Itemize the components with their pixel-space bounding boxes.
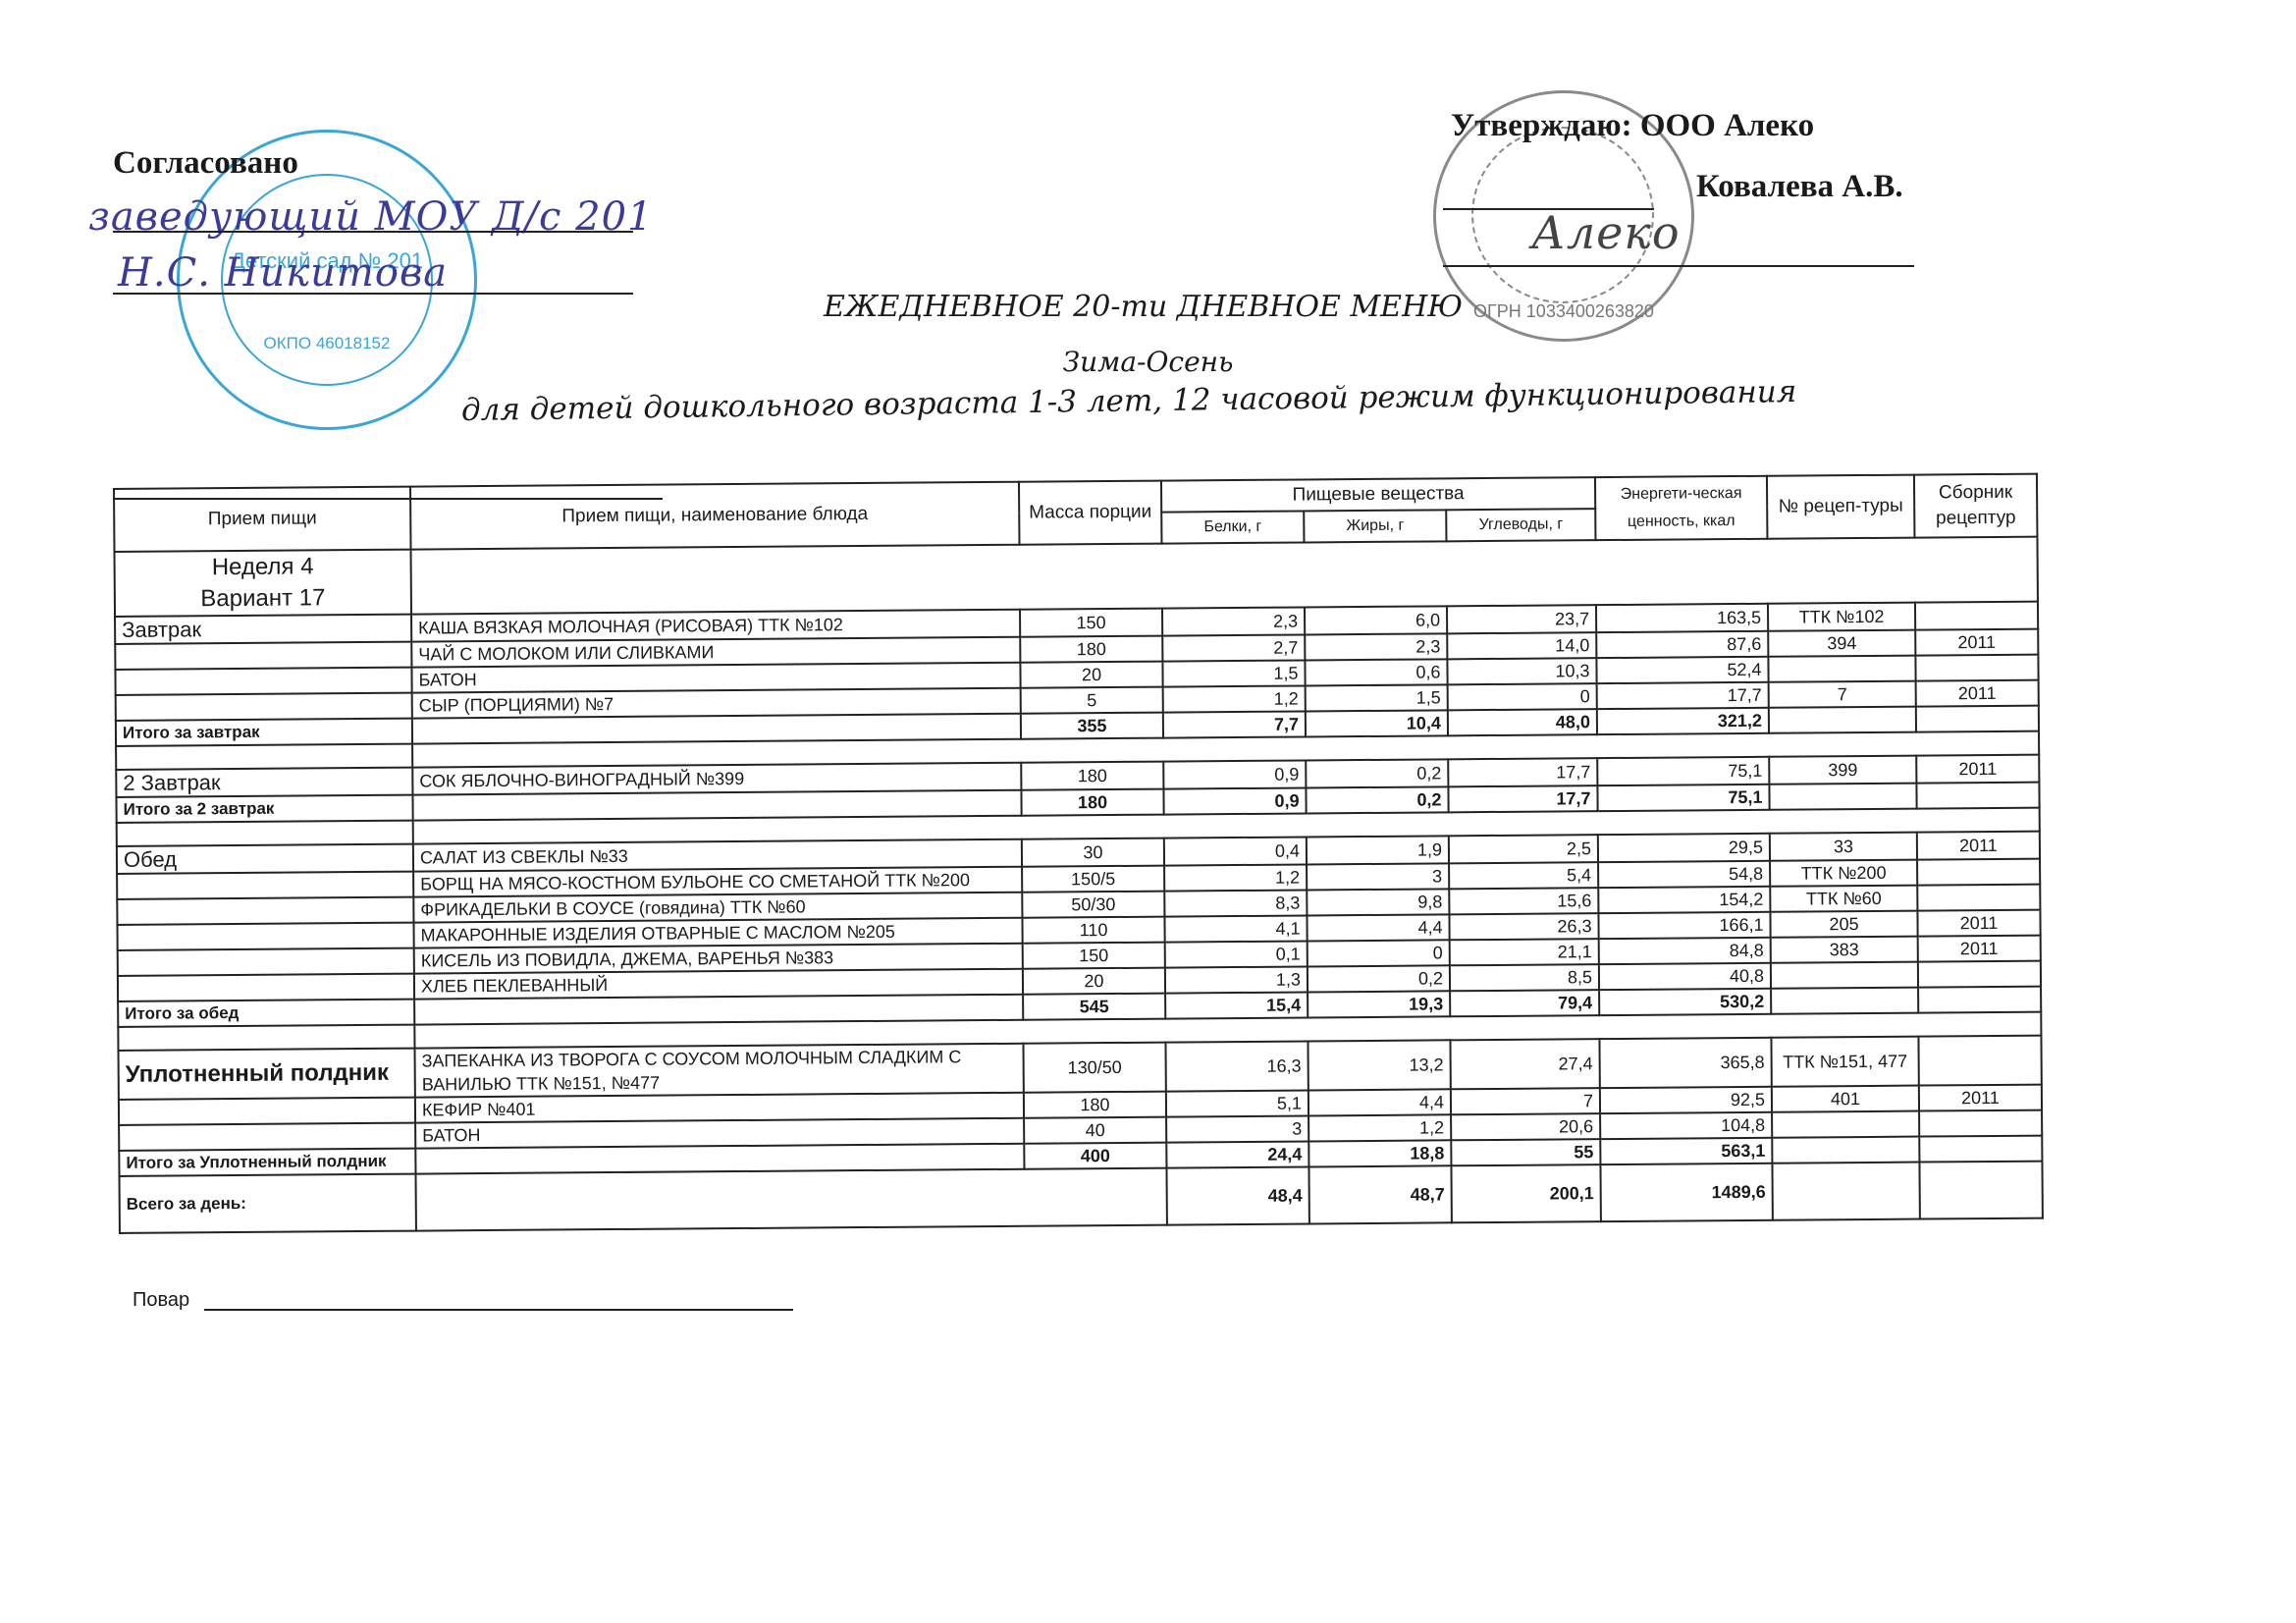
empty-cell bbox=[1919, 1136, 2042, 1163]
carbs-value: 20,6 bbox=[1451, 1113, 1600, 1140]
recipe-collection bbox=[1915, 655, 2038, 681]
week-variant-cell: Неделя 4 Вариант 17 bbox=[115, 550, 412, 617]
protein-value: 0,1 bbox=[1165, 941, 1308, 967]
fat-value: 9,8 bbox=[1307, 889, 1449, 915]
mass-value: 180 bbox=[1020, 636, 1162, 663]
section-total-label: Итого за завтрак bbox=[116, 719, 412, 746]
recipe-number: 33 bbox=[1770, 833, 1917, 861]
carbs-value: 27,4 bbox=[1450, 1039, 1599, 1089]
total-protein-value: 24,4 bbox=[1166, 1141, 1308, 1167]
recipe-number: 401 bbox=[1772, 1086, 1919, 1112]
recipe-collection bbox=[1917, 885, 2040, 911]
mass-value: 40 bbox=[1024, 1117, 1166, 1144]
fat-value: 1,9 bbox=[1307, 836, 1449, 864]
meal-cell bbox=[117, 872, 413, 899]
recipe-collection: 2011 bbox=[1917, 832, 2040, 860]
variant-label: Вариант 17 bbox=[122, 582, 404, 616]
mass-value: 50/30 bbox=[1022, 892, 1164, 918]
approval-label-right: Утверждаю: ООО Алеко bbox=[1451, 108, 1814, 144]
recipe-collection: 2011 bbox=[1916, 680, 2039, 707]
mass-value: 180 bbox=[1021, 762, 1163, 790]
cook-label: Повар bbox=[133, 1289, 189, 1312]
empty-cell bbox=[1769, 784, 1916, 810]
mass-value: 30 bbox=[1022, 839, 1164, 867]
energy-value: 166,1 bbox=[1598, 912, 1770, 939]
protein-value: 0,9 bbox=[1163, 760, 1306, 788]
document-title: ЕЖЕДНЕВНОЕ 20-ти ДНЕВНОЕ МЕНЮ bbox=[0, 290, 2296, 324]
header-collection: Сборник рецептур bbox=[1914, 474, 2037, 538]
meal-cell: Уплотненный полдник bbox=[119, 1049, 415, 1100]
protein-value: 1,5 bbox=[1162, 660, 1305, 686]
header-energy: Энергети-ческая ценность, ккал bbox=[1595, 476, 1767, 540]
total-fat-value: 18,8 bbox=[1308, 1140, 1451, 1166]
empty-cell bbox=[1916, 783, 2039, 809]
fat-value: 4,4 bbox=[1308, 1089, 1451, 1115]
handwritten-position: заведующий МОУ Д/с 201 bbox=[88, 194, 654, 240]
fat-value: 2,3 bbox=[1305, 633, 1447, 660]
header-carbs: Углеводы, г bbox=[1446, 509, 1595, 541]
approval-label-left: Согласовано bbox=[113, 145, 298, 182]
meal-cell: 2 Завтрак bbox=[116, 768, 412, 797]
carbs-value: 15,6 bbox=[1449, 888, 1598, 914]
header-mass: Масса порции bbox=[1019, 481, 1161, 545]
menu-table-body: Неделя 4 Вариант 17 ЗавтракКАША ВЯЗКАЯ М… bbox=[115, 537, 2043, 1233]
energy-value: 54,8 bbox=[1598, 861, 1770, 888]
carbs-value: 7 bbox=[1451, 1088, 1600, 1114]
header-fat: Жиры, г bbox=[1304, 510, 1446, 542]
carbs-value: 8,5 bbox=[1450, 964, 1599, 991]
approver-name: Ковалева А.В. bbox=[1696, 169, 1903, 205]
energy-value: 29,5 bbox=[1598, 834, 1770, 862]
mass-value: 150 bbox=[1020, 609, 1162, 637]
carbs-value: 26,3 bbox=[1449, 913, 1598, 940]
document-title-text: ЕЖЕДНЕВНОЕ 20-ти ДНЕВНОЕ МЕНЮ bbox=[824, 290, 1463, 324]
total-energy-value: 563,1 bbox=[1600, 1138, 1772, 1164]
empty-cell bbox=[1769, 707, 1916, 733]
total-fat-value: 19,3 bbox=[1308, 991, 1450, 1017]
recipe-number: 205 bbox=[1770, 911, 1917, 938]
recipe-collection bbox=[1918, 961, 2041, 988]
document-season: Зима-Осень bbox=[0, 346, 2296, 378]
meal-cell bbox=[115, 642, 411, 670]
fat-value: 0,2 bbox=[1306, 759, 1448, 787]
carbs-value: 21,1 bbox=[1450, 939, 1599, 965]
empty-cell bbox=[1918, 987, 2041, 1013]
total-protein-value: 0,9 bbox=[1163, 787, 1306, 814]
header-nutrients: Пищевые вещества bbox=[1161, 477, 1595, 512]
signature-line bbox=[1443, 265, 1914, 267]
empty-cell bbox=[1772, 1137, 1919, 1163]
energy-value: 40,8 bbox=[1599, 963, 1771, 990]
day-total-energy: 1489,6 bbox=[1600, 1163, 1772, 1221]
meal-cell bbox=[118, 948, 414, 976]
meal-cell: Обед bbox=[117, 844, 413, 874]
recipe-number bbox=[1771, 962, 1918, 989]
total-mass-value: 400 bbox=[1024, 1143, 1166, 1169]
recipe-number: 383 bbox=[1771, 937, 1918, 963]
day-total-protein: 48,4 bbox=[1166, 1166, 1308, 1224]
total-energy-value: 75,1 bbox=[1597, 784, 1769, 811]
recipe-number: ТТК №102 bbox=[1768, 603, 1915, 631]
mass-value: 150 bbox=[1023, 943, 1165, 969]
day-total-carbs: 200,1 bbox=[1451, 1164, 1600, 1222]
protein-value: 0,4 bbox=[1164, 837, 1307, 865]
total-fat-value: 0,2 bbox=[1306, 786, 1448, 813]
energy-value: 75,1 bbox=[1597, 757, 1769, 785]
empty-cell bbox=[1771, 988, 1918, 1014]
day-total-fat: 48,7 bbox=[1308, 1165, 1451, 1223]
empty-cell bbox=[1919, 1162, 2042, 1219]
recipe-collection bbox=[1915, 602, 2038, 630]
mass-value: 5 bbox=[1021, 687, 1163, 714]
mass-value: 180 bbox=[1024, 1092, 1166, 1118]
total-carbs-value: 79,4 bbox=[1450, 990, 1599, 1016]
empty-cell bbox=[1916, 706, 2039, 732]
recipe-number: 7 bbox=[1769, 681, 1916, 708]
protein-value: 3 bbox=[1166, 1115, 1308, 1142]
fat-value: 0,6 bbox=[1305, 659, 1447, 685]
day-total-label: Всего за день: bbox=[120, 1174, 416, 1233]
total-energy-value: 321,2 bbox=[1597, 708, 1769, 734]
total-mass-value: 355 bbox=[1021, 713, 1163, 739]
recipe-number: 394 bbox=[1768, 630, 1915, 657]
carbs-value: 14,0 bbox=[1447, 632, 1596, 659]
handwritten-signature-right: Алеко bbox=[1531, 206, 1681, 259]
protein-value: 2,7 bbox=[1162, 634, 1305, 661]
energy-value: 92,5 bbox=[1600, 1087, 1772, 1113]
section-total-label: Итого за 2 завтрак bbox=[116, 795, 412, 823]
mass-value: 130/50 bbox=[1023, 1043, 1165, 1093]
recipe-number: ТТК №200 bbox=[1770, 860, 1917, 887]
recipe-number: ТТК №60 bbox=[1770, 886, 1917, 912]
meal-cell bbox=[117, 923, 413, 950]
carbs-value: 2,5 bbox=[1449, 835, 1598, 863]
mass-value: 150/5 bbox=[1022, 866, 1164, 893]
meal-cell bbox=[119, 1123, 415, 1151]
recipe-number: 399 bbox=[1769, 756, 1916, 784]
empty-cell bbox=[1772, 1163, 1919, 1220]
energy-value: 163,5 bbox=[1596, 604, 1768, 632]
mass-value: 20 bbox=[1020, 662, 1162, 688]
recipe-collection: 2011 bbox=[1917, 910, 2040, 937]
total-protein-value: 7,7 bbox=[1163, 711, 1306, 737]
energy-value: 17,7 bbox=[1597, 682, 1769, 709]
recipe-number: ТТК №151, 477 bbox=[1771, 1037, 1918, 1087]
protein-value: 2,3 bbox=[1162, 607, 1305, 635]
header-meal: Прием пищи bbox=[114, 487, 410, 552]
total-protein-value: 15,4 bbox=[1165, 992, 1308, 1018]
fat-value: 0 bbox=[1308, 940, 1450, 966]
fat-value: 13,2 bbox=[1308, 1040, 1450, 1090]
protein-value: 4,1 bbox=[1164, 915, 1307, 942]
energy-value: 52,4 bbox=[1596, 657, 1768, 683]
empty-cell bbox=[118, 1025, 414, 1051]
header-protein: Белки, г bbox=[1161, 511, 1304, 543]
mass-value: 110 bbox=[1022, 917, 1164, 944]
dish-name: ЗАПЕКАНКА ИЗ ТВОРОГА С СОУСОМ МОЛОЧНЫМ С… bbox=[414, 1044, 1023, 1098]
section-total-label: Итого за обед bbox=[118, 1000, 414, 1027]
protein-value: 1,2 bbox=[1164, 864, 1307, 891]
cook-signature-line bbox=[204, 1309, 793, 1311]
recipe-collection: 2011 bbox=[1919, 1085, 2042, 1111]
recipe-collection bbox=[1919, 1110, 2042, 1137]
total-energy-value: 530,2 bbox=[1599, 989, 1771, 1015]
fat-value: 0,2 bbox=[1308, 965, 1450, 992]
fat-value: 1,2 bbox=[1308, 1114, 1451, 1141]
carbs-value: 17,7 bbox=[1448, 758, 1597, 786]
carbs-value: 0 bbox=[1448, 683, 1597, 710]
week-label: Неделя 4 bbox=[122, 551, 404, 584]
carbs-value: 10,3 bbox=[1447, 658, 1596, 684]
document-subtitle: для детей дошкольного возраста 1-3 лет, … bbox=[461, 374, 1797, 428]
section-total-label: Итого за Уплотненный полдник bbox=[119, 1149, 415, 1176]
energy-value: 154,2 bbox=[1598, 887, 1770, 913]
protein-value: 1,2 bbox=[1163, 685, 1306, 712]
recipe-number bbox=[1772, 1111, 1919, 1138]
energy-value: 365,8 bbox=[1599, 1038, 1771, 1088]
meal-cell bbox=[115, 668, 411, 695]
carbs-value: 5,4 bbox=[1449, 862, 1598, 889]
energy-value: 104,8 bbox=[1600, 1112, 1772, 1139]
recipe-collection: 2011 bbox=[1916, 755, 2039, 784]
protein-value: 1,3 bbox=[1165, 966, 1308, 993]
empty-cell bbox=[415, 1168, 1166, 1231]
header-dish: Прием пищи, наименование блюда bbox=[410, 482, 1019, 550]
recipe-number bbox=[1768, 656, 1915, 682]
meal-cell bbox=[116, 693, 412, 721]
signature-line bbox=[113, 231, 633, 233]
recipe-collection bbox=[1917, 859, 2040, 886]
meal-cell bbox=[118, 974, 414, 1001]
menu-table: Прием пищи Прием пищи, наименование блюд… bbox=[113, 473, 2044, 1234]
total-carbs-value: 17,7 bbox=[1448, 785, 1597, 812]
total-carbs-value: 48,0 bbox=[1448, 709, 1597, 735]
protein-value: 16,3 bbox=[1165, 1041, 1308, 1091]
empty-cell bbox=[117, 821, 413, 846]
header-recipe-no: № рецеп-туры bbox=[1767, 475, 1914, 539]
recipe-collection bbox=[1918, 1036, 2041, 1086]
meal-cell bbox=[119, 1098, 415, 1125]
fat-value: 4,4 bbox=[1307, 914, 1449, 941]
energy-value: 87,6 bbox=[1596, 631, 1768, 658]
meal-cell bbox=[117, 897, 413, 925]
total-fat-value: 10,4 bbox=[1306, 710, 1448, 736]
protein-value: 5,1 bbox=[1166, 1090, 1308, 1116]
carbs-value: 23,7 bbox=[1447, 605, 1596, 633]
mass-value: 20 bbox=[1023, 968, 1165, 995]
total-mass-value: 180 bbox=[1021, 789, 1163, 816]
fat-value: 3 bbox=[1307, 863, 1449, 890]
empty-cell bbox=[116, 744, 412, 770]
total-carbs-value: 55 bbox=[1451, 1139, 1600, 1165]
fat-value: 1,5 bbox=[1306, 684, 1448, 711]
recipe-collection: 2011 bbox=[1918, 936, 2041, 962]
fat-value: 6,0 bbox=[1305, 606, 1447, 634]
energy-value: 84,8 bbox=[1599, 938, 1771, 964]
recipe-collection: 2011 bbox=[1915, 629, 2038, 656]
protein-value: 8,3 bbox=[1164, 890, 1307, 916]
meal-cell: Завтрак bbox=[115, 615, 411, 644]
signature-line bbox=[1443, 208, 1654, 210]
total-mass-value: 545 bbox=[1023, 994, 1165, 1020]
